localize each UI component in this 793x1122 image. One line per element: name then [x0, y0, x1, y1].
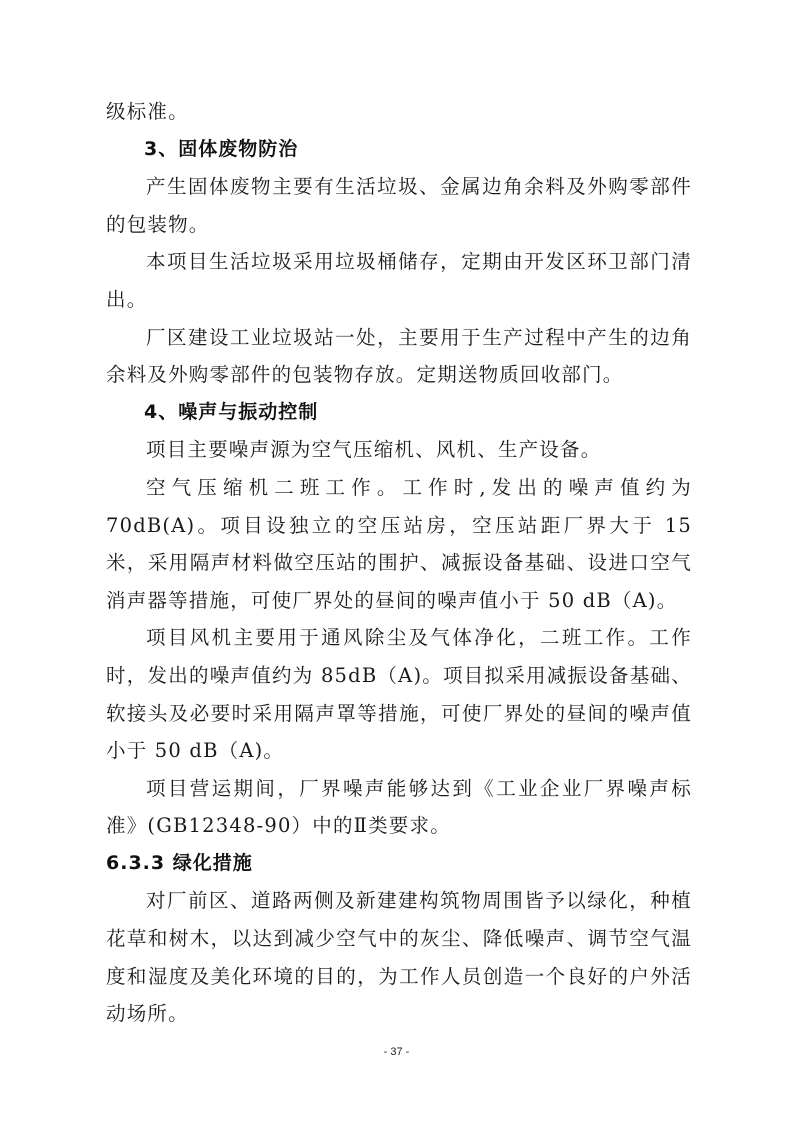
- paragraph-domestic-waste: 本项目生活垃圾采用垃圾桶储存，定期由开发区环卫部门清出。: [106, 243, 692, 318]
- heading-noise-control: 4、噪声与振动控制: [106, 394, 692, 432]
- paragraph-solid-waste-sources: 产生固体废物主要有生活垃圾、金属边角余料及外购零部件的包装物。: [106, 168, 692, 243]
- paragraph-air-compressor: 空气压缩机二班工作。工作时,发出的噪声值约为 70dB(A)。项目设独立的空压站…: [106, 469, 692, 619]
- paragraph-fan-noise: 项目风机主要用于通风除尘及气体净化，二班工作。工作时，发出的噪声值约为 85dB…: [106, 619, 692, 769]
- paragraph-greening: 对厂前区、道路两侧及新建建构筑物周围皆予以绿化，种植花草和树木，以达到减少空气中…: [106, 882, 692, 1032]
- heading-solid-waste: 3、固体废物防治: [106, 131, 692, 169]
- paragraph-continuation: 级标准。: [106, 93, 692, 131]
- heading-greening-measures: 6.3.3 绿化措施: [106, 845, 692, 883]
- paragraph-noise-sources: 项目主要噪声源为空气压缩机、风机、生产设备。: [106, 431, 692, 469]
- page-number: - 37 -: [0, 1046, 793, 1058]
- paragraph-industrial-waste-station: 厂区建设工业垃圾站一处，主要用于生产过程中产生的边角余料及外购零部件的包装物存放…: [106, 319, 692, 394]
- document-page: 级标准。 3、固体废物防治 产生固体废物主要有生活垃圾、金属边角余料及外购零部件…: [106, 93, 692, 1033]
- paragraph-noise-standard: 项目营运期间，厂界噪声能够达到《工业企业厂界噪声标准》(GB12348-90）中…: [106, 770, 692, 845]
